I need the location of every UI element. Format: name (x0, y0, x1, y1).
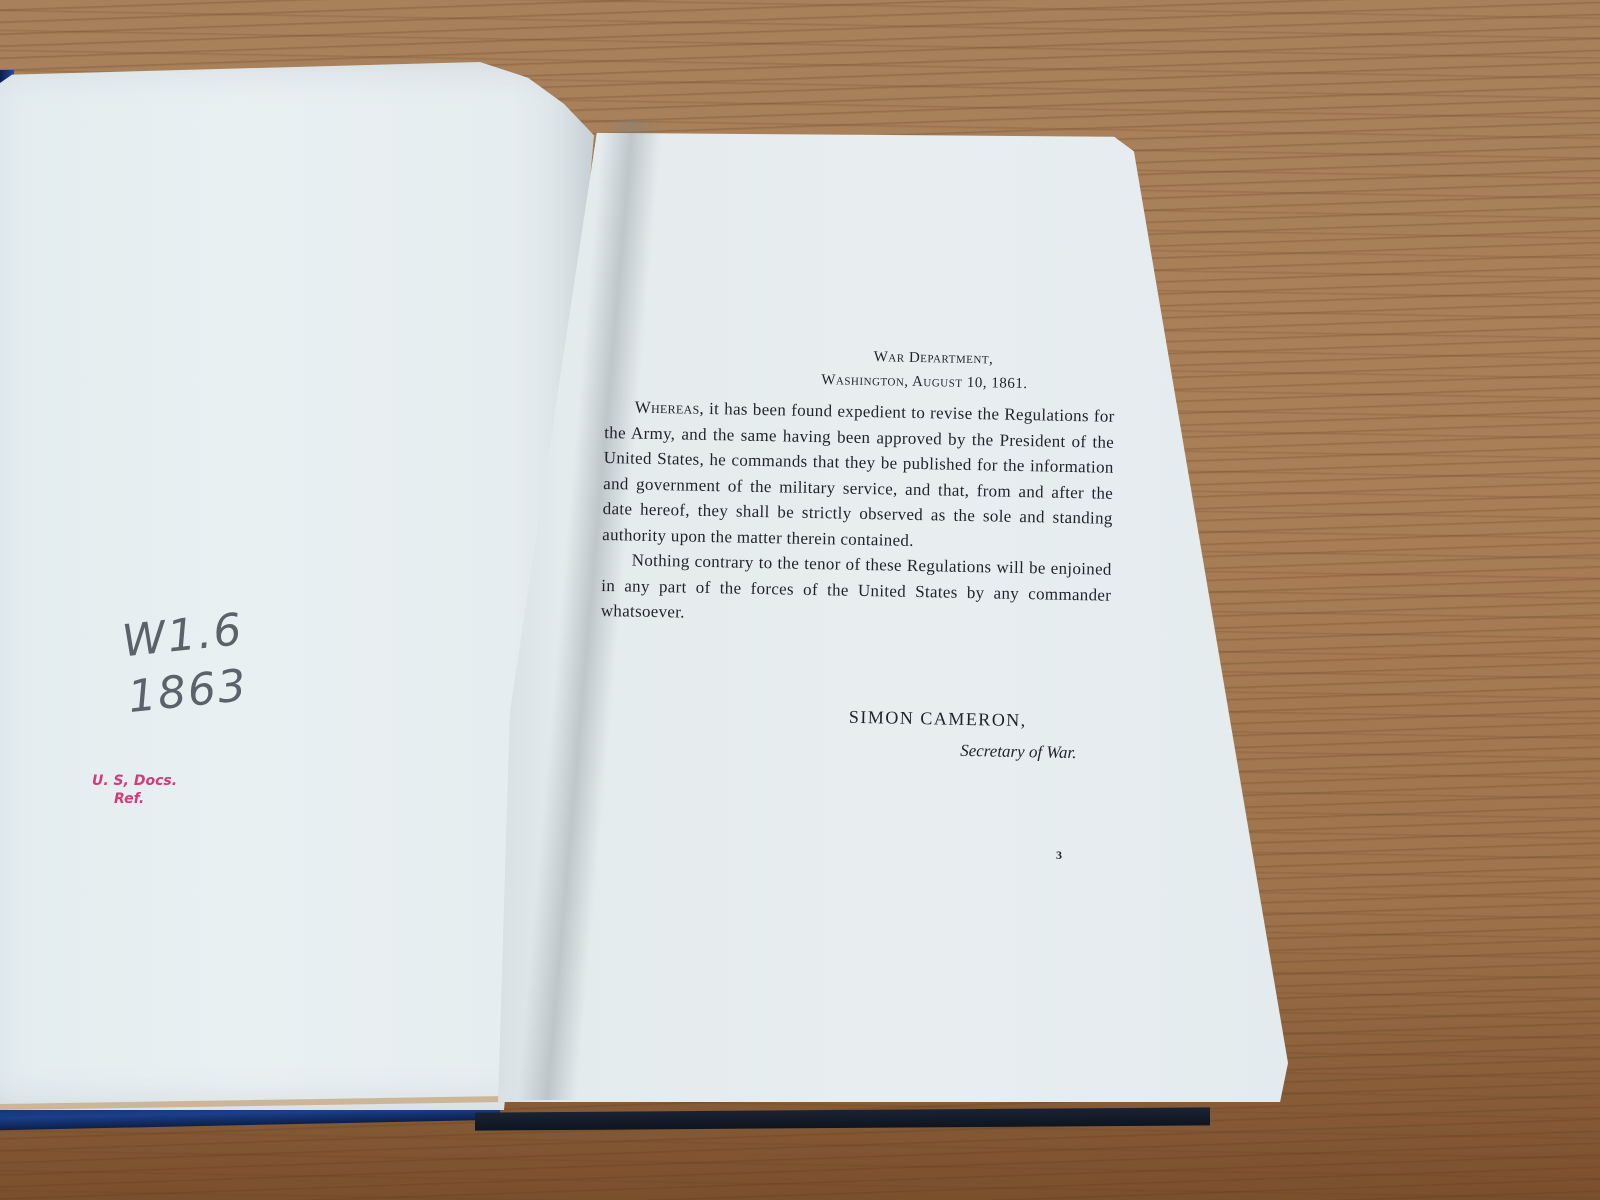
paragraph-text: it has been found expedient to revise th… (602, 399, 1115, 550)
body-text: Whereas, it has been found expedient to … (601, 394, 1115, 633)
paragraph-2: Nothing contrary to the tenor of these R… (601, 547, 1112, 633)
paragraph-lead-word: Whereas, (635, 398, 705, 418)
signature-name: SIMON CAMERON, (849, 707, 1027, 731)
paragraph-text: Nothing contrary to the tenor of these R… (601, 551, 1112, 622)
library-stamp: U. S, Docs. Ref. (92, 772, 177, 808)
stamp-line-2: Ref. (92, 790, 177, 808)
paragraph-1: Whereas, it has been found expedient to … (602, 394, 1115, 557)
handwritten-catalog-note: W1.6 1863 (119, 602, 252, 726)
signature-title: Secretary of War. (960, 741, 1077, 763)
page-number: 3 (1056, 848, 1062, 863)
stamp-line-1: U. S, Docs. (92, 773, 177, 789)
heading-department: War Department, (874, 349, 994, 368)
